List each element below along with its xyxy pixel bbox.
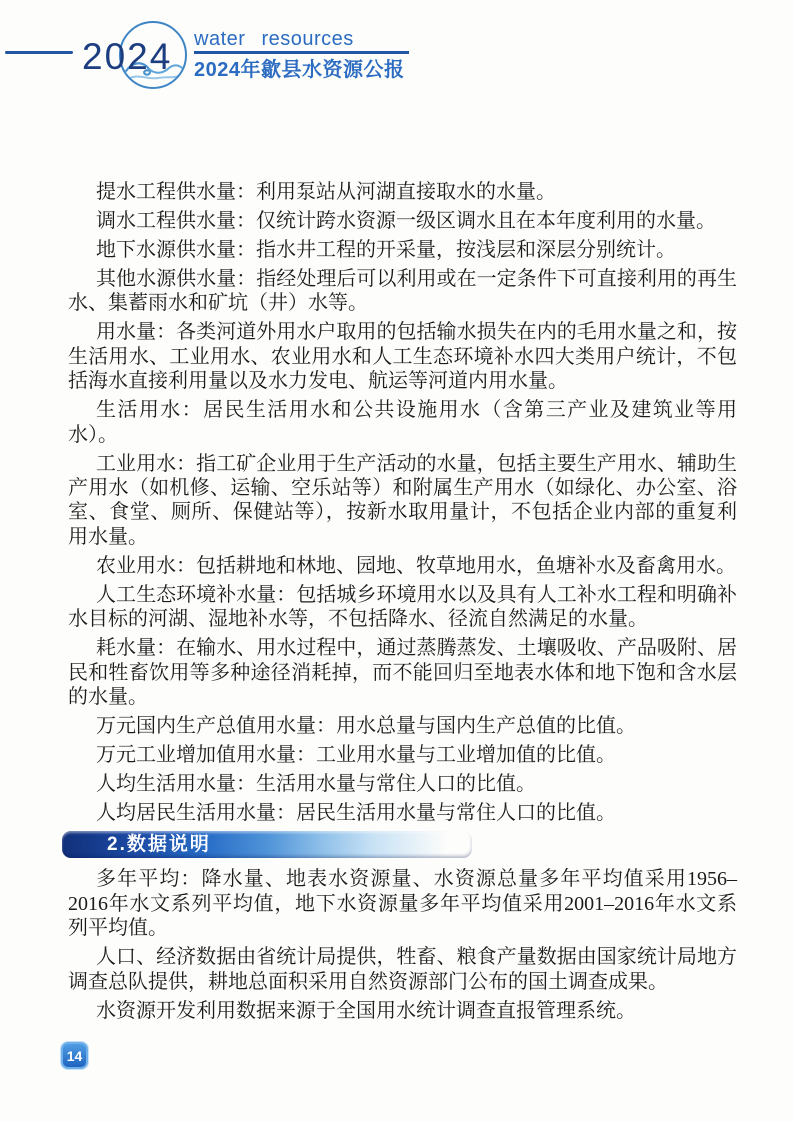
definition-paragraph: 地下水源供水量：指水井工程的开采量，按浅层和深层分别统计。	[68, 238, 737, 262]
definition-paragraph: 提水工程供水量：利用泵站从河湖直接取水的水量。	[68, 180, 737, 204]
header-divider-line	[194, 51, 409, 54]
definition-paragraph: 人工生态环境补水量：包括城乡环境用水以及具有人工补水工程和明确补水目标的河湖、湿…	[68, 583, 737, 632]
definition-paragraph: 工业用水：指工矿企业用于生产活动的水量，包括主要生产用水、辅助生产用水（如机修、…	[68, 452, 737, 550]
page-title: 2024年歙县水资源公报	[194, 59, 409, 81]
section-title: 2.数据说明	[62, 831, 472, 858]
definition-paragraph: 耗水量：在输水、用水过程中，通过蒸腾蒸发、土壤吸收、产品吸附、居民和牲畜饮用等多…	[68, 636, 737, 709]
section-header-bar: 2.数据说明	[62, 831, 472, 858]
section-paragraph: 多年平均：降水量、地表水资源量、水资源总量多年平均值采用1956–2016年水文…	[68, 867, 737, 940]
bulletin-page: 2024 water resources 2024年歙县水资源公报 提水工程供水…	[0, 0, 793, 1122]
document-body: 提水工程供水量：利用泵站从河湖直接取水的水量。 调水工程供水量：仅统计跨水资源一…	[68, 180, 737, 1023]
definition-paragraph: 万元国内生产总值用水量：用水总量与国内生产总值的比值。	[68, 714, 737, 738]
definition-paragraph: 调水工程供水量：仅统计跨水资源一级区调水且在本年度利用的水量。	[68, 209, 737, 233]
definition-paragraph: 万元工业增加值用水量：工业用水量与工业增加值的比值。	[68, 743, 737, 767]
header-subtitle-en: water resources	[194, 28, 409, 50]
definition-paragraph: 人均居民生活用水量：居民生活用水量与常住人口的比值。	[68, 801, 737, 825]
section-paragraph: 人口、经济数据由省统计局提供，牲畜、粮食产量数据由国家统计局地方调查总队提供，耕…	[68, 945, 737, 994]
page-number-badge: 14	[61, 1042, 88, 1069]
definition-paragraph: 人均生活用水量：生活用水量与常住人口的比值。	[68, 772, 737, 796]
definition-paragraph: 生活用水：居民生活用水和公共设施用水（含第三产业及建筑业等用水）。	[68, 398, 737, 447]
definition-paragraph: 其他水源供水量：指经处理后可以利用或在一定条件下可直接利用的再生水、集蓄雨水和矿…	[68, 267, 737, 316]
definition-paragraph: 农业用水：包括耕地和林地、园地、牧草地用水，鱼塘补水及畜禽用水。	[68, 554, 737, 578]
header-year: 2024	[82, 38, 172, 75]
header-title-block: water resources 2024年歙县水资源公报	[194, 28, 409, 81]
definition-paragraph: 用水量：各类河道外用水户取用的包括输水损失在内的毛用水量之和，按生活用水、工业用…	[68, 320, 737, 393]
header-dash-line	[5, 51, 73, 54]
section-paragraph: 水资源开发利用数据来源于全国用水统计调查直报管理系统。	[68, 999, 737, 1023]
